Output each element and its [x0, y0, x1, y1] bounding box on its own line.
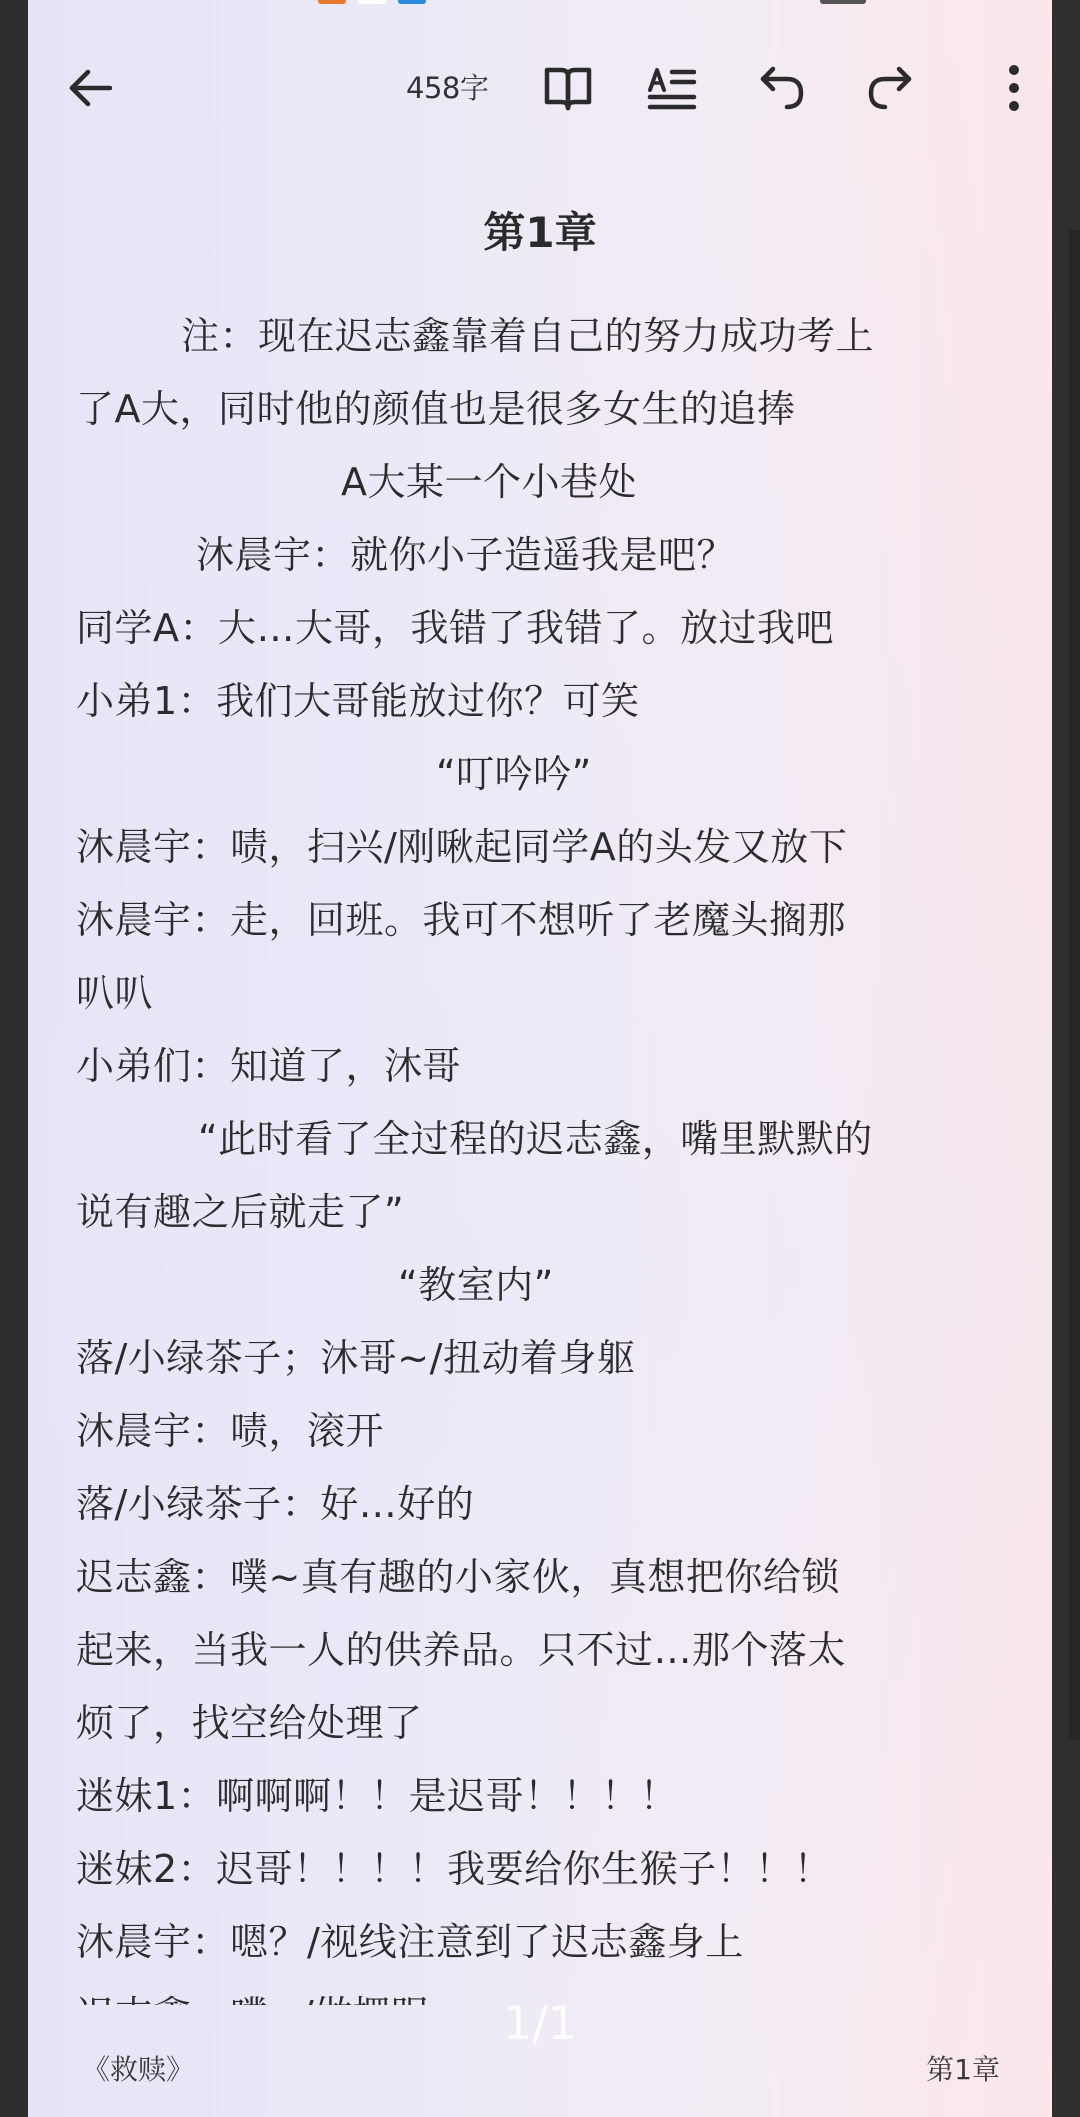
text-line: 迷妹1：啊啊啊！！是迟哥！！！！ — [76, 1760, 1036, 1833]
text-line: “教室内” — [76, 1249, 1036, 1322]
back-button[interactable] — [58, 50, 122, 126]
text-line: 沐晨宇：啧，滚开 — [76, 1395, 1036, 1468]
text-line: 了A大，同时他的颜值也是很多女生的追捧 — [76, 373, 1036, 446]
arrow-left-icon — [66, 68, 114, 108]
text-line: A大某一个小巷处 — [76, 446, 1036, 519]
text-line: 烦了，找空给处理了 — [76, 1687, 1036, 1760]
text-line: 小弟1：我们大哥能放过你？可笑 — [76, 665, 1036, 738]
book-title: 《救赎》 — [82, 2048, 194, 2088]
notification-app-icon — [318, 0, 346, 4]
text-line: 叭叭 — [76, 957, 1036, 1030]
text-line: 落/小绿茶子：好…好的 — [76, 1468, 1036, 1541]
text-format-button[interactable] — [640, 50, 704, 126]
redo-button[interactable] — [858, 50, 922, 126]
more-options-button[interactable] — [994, 50, 1034, 126]
reader-screen: 458字 — [28, 0, 1052, 2117]
scrollbar[interactable] — [1069, 230, 1080, 1740]
text-line: 沐晨宇：走，回班。我可不想听了老魔头搁那 — [76, 884, 1036, 957]
book-mode-button[interactable] — [536, 50, 600, 126]
book-open-icon — [543, 64, 593, 112]
text-line: 注：现在迟志鑫靠着自己的努力成功考上 — [76, 300, 1036, 373]
battery-icon — [820, 0, 866, 4]
chapter-title: 第1章 — [28, 200, 1052, 260]
text-line: 说有趣之后就走了” — [76, 1176, 1036, 1249]
text-line: 迟志鑫：噗~真有趣的小家伙，真想把你给锁 — [76, 1541, 1036, 1614]
notification-app-icon — [398, 0, 426, 4]
text-line: 起来，当我一人的供养品。只不过…那个落太 — [76, 1614, 1036, 1687]
undo-button[interactable] — [750, 50, 814, 126]
text-line: 沐晨宇：啧，扫兴/刚啾起同学A的头发又放下 — [76, 811, 1036, 884]
text-line: “此时看了全过程的迟志鑫，嘴里默默的 — [76, 1103, 1036, 1176]
notification-app-icon — [358, 0, 386, 4]
reader-toolbar: 458字 — [28, 50, 1052, 126]
text-format-icon — [646, 64, 698, 112]
text-line: 小弟们：知道了，沐哥 — [76, 1030, 1036, 1103]
status-bar — [28, 0, 1052, 10]
more-vertical-icon — [1007, 64, 1021, 112]
text-line: “叮吟吟” — [76, 738, 1036, 811]
chapter-content[interactable]: 注：现在迟志鑫靠着自己的努力成功考上了A大，同时他的颜值也是很多女生的追捧A大某… — [76, 300, 1036, 2005]
text-line: 沐晨宇：嗯？/视线注意到了迟志鑫身上 — [76, 1906, 1036, 1979]
undo-icon — [757, 63, 807, 113]
text-line: 沐晨宇：就你小子造遥我是吧？ — [76, 519, 1036, 592]
text-line: 迷妹2：迟哥！！！！我要给你生猴子！！！ — [76, 1833, 1036, 1906]
text-line: 落/小绿茶子；沐哥~/扭动着身躯 — [76, 1322, 1036, 1395]
word-count: 458字 — [406, 50, 488, 126]
page-indicator: 1/1 — [28, 1996, 1052, 2050]
footer-chapter-label: 第1章 — [926, 2048, 1000, 2088]
reader-footer: 《救赎》 第1章 — [28, 2048, 1052, 2098]
redo-icon — [865, 63, 915, 113]
text-line: 同学A：大…大哥，我错了我错了。放过我吧 — [76, 592, 1036, 665]
